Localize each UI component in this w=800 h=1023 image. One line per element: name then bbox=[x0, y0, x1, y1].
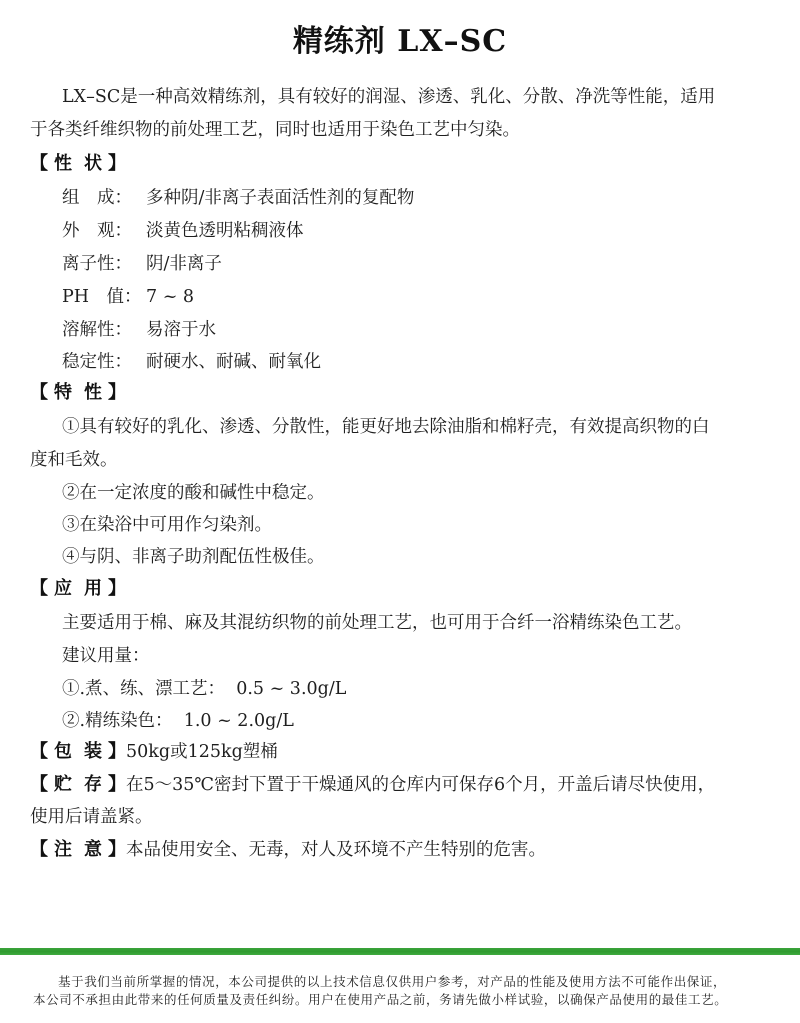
property-label: 外 观： bbox=[62, 220, 146, 242]
caution-text: 本品使用安全、无毒，对人及环境不产生特别的危害。 bbox=[126, 840, 546, 860]
property-label: 组 成： bbox=[62, 187, 146, 209]
storage-row: 【贮存】在5～35℃密封下置于干燥通风的仓库内可保存6个月，开盖后请尽快使用， bbox=[30, 774, 715, 796]
property-row: 溶解性：易溶于水 bbox=[62, 319, 216, 341]
property-row: PH 值：7 ~ 8 bbox=[62, 286, 194, 308]
property-row: 组 成：多种阴/非离子表面活性剂的复配物 bbox=[62, 187, 414, 209]
property-value: 淡黄色透明粘稠液体 bbox=[146, 221, 304, 241]
footer-disclaimer-line-1: 基于我们当前所掌握的情况，本公司提供的以上技术信息仅供用户参考，对产品的性能及使… bbox=[58, 973, 726, 990]
property-row: 稳定性：耐硬水、耐碱、耐氧化 bbox=[62, 351, 321, 373]
bracket-close: 】 bbox=[108, 153, 126, 174]
property-value: 阴/非离子 bbox=[146, 254, 222, 274]
intro-line-2: 于各类纤维织物的前处理工艺，同时也适用于染色工艺中匀染。 bbox=[30, 119, 520, 141]
dosage-label: 建议用量： bbox=[62, 645, 150, 667]
storage-text-line-2: 使用后请盖紧。 bbox=[30, 806, 153, 828]
property-value: 7 ~ 8 bbox=[146, 287, 194, 307]
property-label: PH 值： bbox=[62, 286, 146, 308]
heading-application: 【应用】 bbox=[30, 578, 126, 600]
property-label: 溶解性： bbox=[62, 319, 146, 341]
feature-item-1-line-1: ①具有较好的乳化、渗透、分散性，能更好地去除油脂和棉籽壳，有效提高织物的白 bbox=[62, 416, 710, 438]
caution-row: 【注意】本品使用安全、无毒，对人及环境不产生特别的危害。 bbox=[30, 839, 546, 861]
feature-item-2: ②在一定浓度的酸和碱性中稳定。 bbox=[62, 482, 325, 504]
property-label: 稳定性： bbox=[62, 351, 146, 373]
heading-features: 【特性】 bbox=[30, 382, 126, 404]
dosage-item-1: ①.煮、练、漂工艺： 0.5 ~ 3.0g/L bbox=[62, 678, 346, 700]
storage-text-line-1: 在5～35℃密封下置于干燥通风的仓库内可保存6个月，开盖后请尽快使用， bbox=[126, 775, 715, 795]
dosage-item-2: ②.精练染色： 1.0 ~ 2.0g/L bbox=[62, 710, 294, 732]
page-title: 精练剂 LX–SC bbox=[0, 16, 800, 60]
bracket-open: 【 bbox=[30, 153, 48, 174]
green-divider bbox=[0, 948, 800, 955]
property-value: 易溶于水 bbox=[146, 320, 216, 340]
property-value: 耐硬水、耐碱、耐氧化 bbox=[146, 352, 321, 372]
property-label: 离子性： bbox=[62, 253, 146, 275]
property-row: 离子性：阴/非离子 bbox=[62, 253, 222, 275]
heading-caution: 【注意】 bbox=[30, 839, 126, 860]
feature-item-4: ④与阴、非离子助剂配伍性极佳。 bbox=[62, 546, 325, 568]
heading-storage: 【贮存】 bbox=[30, 774, 126, 795]
heading-packaging: 【包装】 bbox=[30, 741, 126, 762]
footer-disclaimer-line-2: 本公司不承担由此带来的任何质量及责任纠纷。用户在使用产品之前，务请先做小样试验，… bbox=[33, 991, 727, 1008]
application-text: 主要适用于棉、麻及其混纺织物的前处理工艺，也可用于合纤一浴精练染色工艺。 bbox=[62, 612, 692, 634]
property-value: 多种阴/非离子表面活性剂的复配物 bbox=[146, 188, 414, 208]
intro-line-1: LX–SC是一种高效精练剂，具有较好的润湿、渗透、乳化、分散、净洗等性能，适用 bbox=[62, 86, 715, 108]
packaging-row: 【包装】50kg或125kg塑桶 bbox=[30, 741, 278, 763]
packaging-text: 50kg或125kg塑桶 bbox=[126, 742, 278, 762]
heading-properties: 【性状】 bbox=[30, 153, 126, 175]
feature-item-3: ③在染浴中可用作匀染剂。 bbox=[62, 514, 272, 536]
property-row: 外 观：淡黄色透明粘稠液体 bbox=[62, 220, 304, 242]
feature-item-1-line-2: 度和毛效。 bbox=[30, 449, 118, 471]
